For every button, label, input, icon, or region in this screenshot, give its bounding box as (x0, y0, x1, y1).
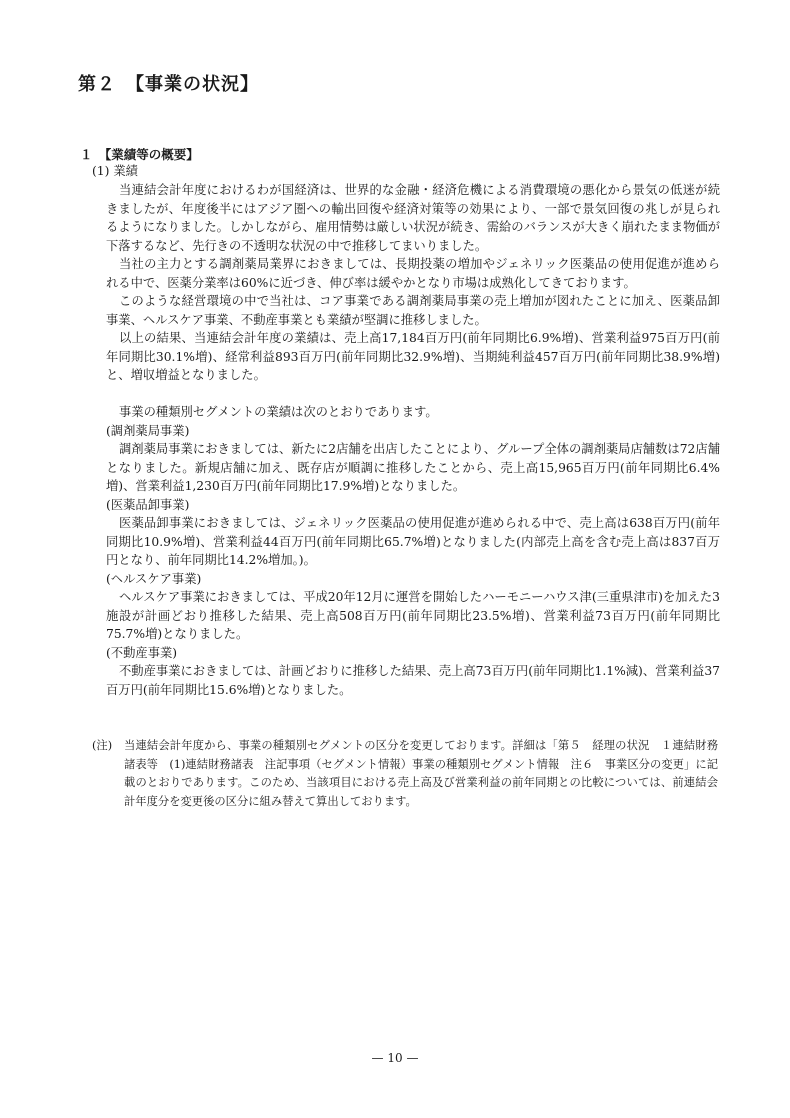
segment-label: (調剤薬局事業) (106, 422, 720, 441)
segment-intro: 事業の種類別セグメントの業績は次のとおりであります。 (106, 403, 720, 422)
page-title: 第２ 【事業の状況】 (78, 70, 259, 96)
page-number: — 10 — (0, 1051, 790, 1065)
footnote-mark: (注) (92, 737, 124, 811)
segment-label: (医薬品卸事業) (106, 496, 720, 515)
paragraph: 以上の結果、当連結会計年度の業績は、売上高17,184百万円(前年同期比6.9%… (106, 329, 720, 385)
segment-label: (ヘルスケア事業) (106, 570, 720, 589)
footnote: (注) 当連結会計年度から、事業の種類別セグメントの区分を変更しております。詳細… (92, 737, 718, 811)
subsection-label-block: (1) 業績 (92, 162, 720, 181)
section-heading: １ 【業績等の概要】 (80, 145, 199, 163)
segment-label: (不動産事業) (106, 644, 720, 663)
paragraph: このような経営環境の中で当社は、コア事業である調剤薬局事業の売上増加が図れたこと… (106, 292, 720, 329)
paragraph: 当社の主力とする調剤薬局業界におきましては、長期投薬の増加やジェネリック医薬品の… (106, 255, 720, 292)
footnote-text: 当連結会計年度から、事業の種類別セグメントの区分を変更しております。詳細は「第５… (124, 737, 718, 811)
paragraph: 当連結会計年度におけるわが国経済は、世界的な金融・経済危機による消費環境の悪化か… (106, 181, 720, 255)
segment-text: 調剤薬局事業におきましては、新たに2店舗を出店したことにより、グループ全体の調剤… (106, 440, 720, 496)
segment-text: 医薬品卸事業におきましては、ジェネリック医薬品の使用促進が進められる中で、売上高… (106, 514, 720, 570)
segment-text: ヘルスケア事業におきましては、平成20年12月に運営を開始したハーモニーハウス津… (106, 588, 720, 644)
subsection-label: (1) 業績 (92, 162, 720, 181)
segment-text: 不動産事業におきましては、計画どおりに推移した結果、売上高73百万円(前年同期比… (106, 662, 720, 699)
results-overview: 当連結会計年度におけるわが国経済は、世界的な金融・経済危機による消費環境の悪化か… (106, 181, 720, 699)
